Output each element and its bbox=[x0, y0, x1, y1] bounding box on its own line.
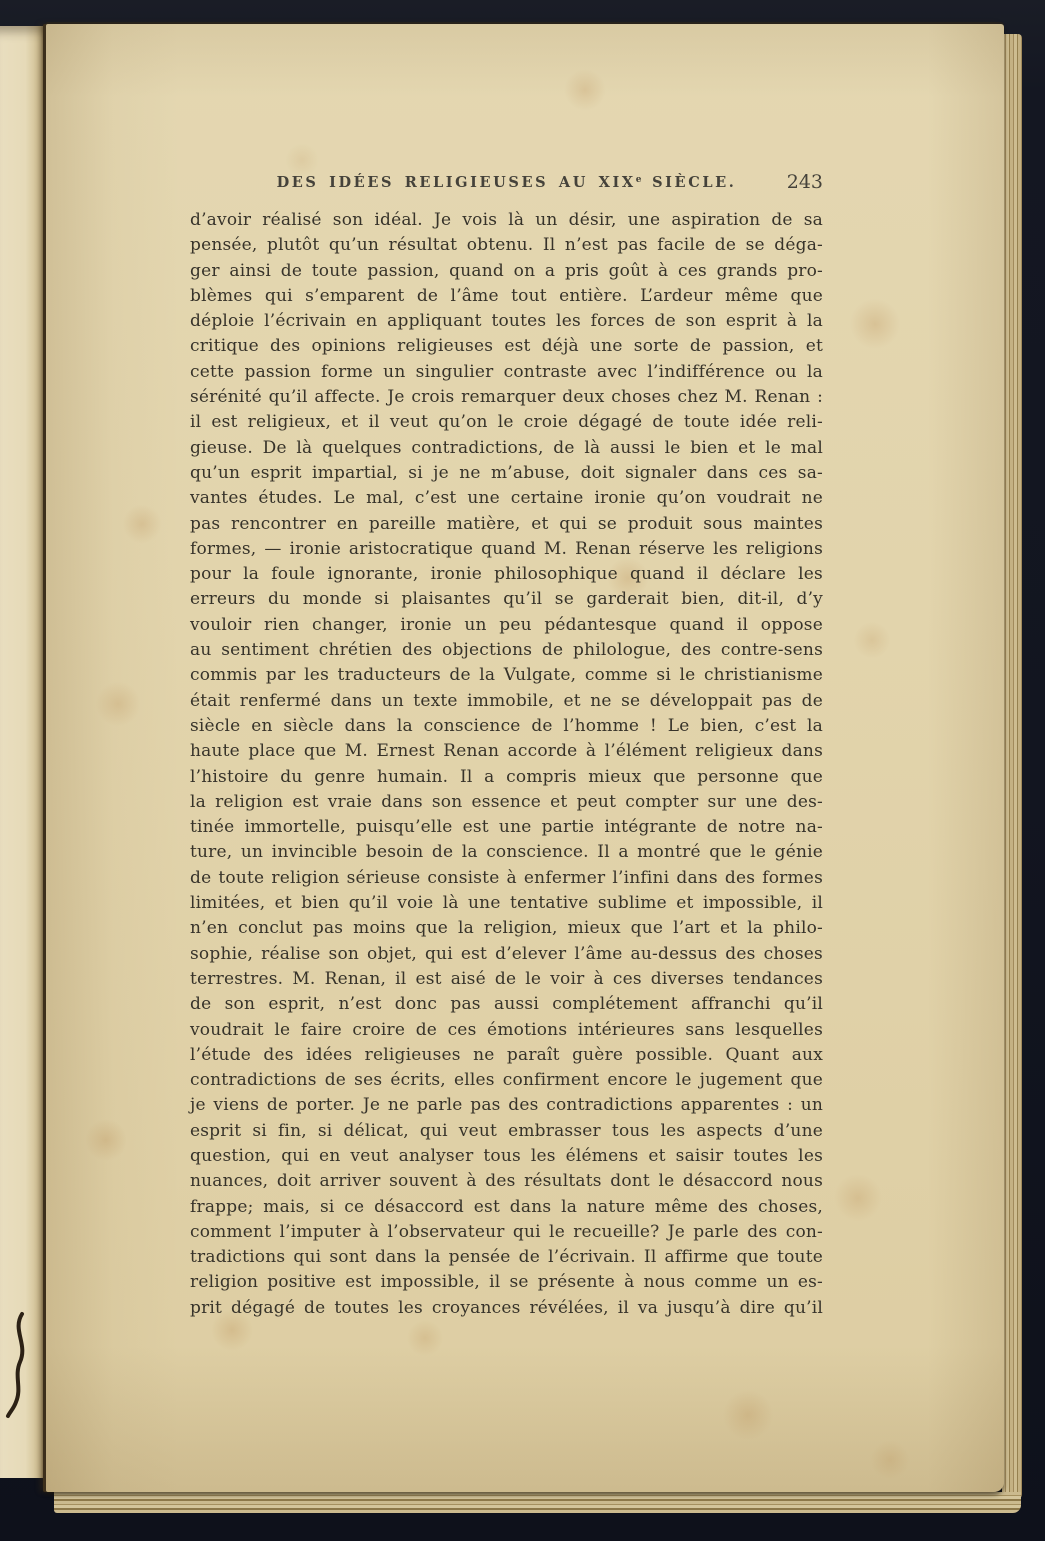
body-line: comment l’imputer à l’observateur qui le… bbox=[190, 1220, 823, 1245]
body-line: au sentiment chrétien des objections de … bbox=[190, 638, 823, 663]
body-line: religion positive est impossible, il se … bbox=[190, 1270, 823, 1295]
body-line: siècle en siècle dans la conscience de l… bbox=[190, 714, 823, 739]
body-text: d’avoir réalisé son idéal. Je vois là un… bbox=[190, 208, 823, 1321]
book-scan-photo: DES IDÉES RELIGIEUSES AU XIXe SIÈCLE. 24… bbox=[0, 0, 1045, 1541]
body-line: prit dégagé de toutes les croyances révé… bbox=[190, 1296, 823, 1321]
body-line: l’étude des idées religieuses ne paraît … bbox=[190, 1043, 823, 1068]
facing-page-edge bbox=[0, 26, 46, 1478]
body-line: voudrait le faire croire de ces émotions… bbox=[190, 1018, 823, 1043]
body-line: n’en conclut pas moins que la religion, … bbox=[190, 916, 823, 941]
body-line: déploie l’écrivain en appliquant toutes … bbox=[190, 309, 823, 334]
body-line: d’avoir réalisé son idéal. Je vois là un… bbox=[190, 208, 823, 233]
body-line: esprit si fin, si délicat, qui veut embr… bbox=[190, 1119, 823, 1144]
running-title-end: SIÈCLE. bbox=[641, 174, 736, 191]
running-title: DES IDÉES RELIGIEUSES AU XIXe SIÈCLE. bbox=[190, 174, 823, 191]
body-line: sérénité qu’il affecte. Je crois remarqu… bbox=[190, 385, 823, 410]
body-line: formes, — ironie aristocratique quand M.… bbox=[190, 537, 823, 562]
page-tear-mark bbox=[2, 1310, 38, 1420]
book-page: DES IDÉES RELIGIEUSES AU XIXe SIÈCLE. 24… bbox=[46, 24, 1004, 1492]
body-line: l’histoire du genre humain. Il a compris… bbox=[190, 765, 823, 790]
body-line: cette passion forme un singulier contras… bbox=[190, 360, 823, 385]
body-line: question, qui en veut analyser tous les … bbox=[190, 1144, 823, 1169]
body-line: était renfermé dans un texte immobile, e… bbox=[190, 689, 823, 714]
body-line: frappe; mais, si ce désaccord est dans l… bbox=[190, 1195, 823, 1220]
body-line: terrestres. M. Renan, il est aisé de le … bbox=[190, 967, 823, 992]
body-line: nuances, doit arriver souvent à des résu… bbox=[190, 1169, 823, 1194]
body-line: pensée, plutôt qu’un résultat obtenu. Il… bbox=[190, 233, 823, 258]
body-line: qu’un esprit impartial, si je ne m’abuse… bbox=[190, 461, 823, 486]
body-line: critique des opinions religieuses est dé… bbox=[190, 334, 823, 359]
body-line: contradictions de ses écrits, elles conf… bbox=[190, 1068, 823, 1093]
body-line: haute place que M. Ernest Renan accorde … bbox=[190, 739, 823, 764]
body-line: erreurs du monde si plaisantes qu’il se … bbox=[190, 587, 823, 612]
body-line: tinée immortelle, puisqu’elle est une pa… bbox=[190, 815, 823, 840]
body-line: vantes études. Le mal, c’est une certain… bbox=[190, 486, 823, 511]
body-line: de son esprit, n’est donc pas aussi comp… bbox=[190, 992, 823, 1017]
body-line: commis par les traducteurs de la Vulgate… bbox=[190, 663, 823, 688]
body-line: limitées, et bien qu’il voie là une tent… bbox=[190, 891, 823, 916]
body-line: vouloir rien changer, ironie un peu péda… bbox=[190, 613, 823, 638]
body-line: ger ainsi de toute passion, quand on a p… bbox=[190, 259, 823, 284]
right-page-edges bbox=[1002, 34, 1022, 1500]
body-line: tradictions qui sont dans la pensée de l… bbox=[190, 1245, 823, 1270]
body-line: blèmes qui s’emparent de l’âme tout enti… bbox=[190, 284, 823, 309]
body-line: gieuse. De là quelques contradictions, d… bbox=[190, 436, 823, 461]
body-line: il est religieux, et il veut qu’on le cr… bbox=[190, 410, 823, 435]
body-line: je viens de porter. Je ne parle pas des … bbox=[190, 1093, 823, 1118]
body-line: pas rencontrer en pareille matière, et q… bbox=[190, 512, 823, 537]
body-line: sophie, réalise son objet, qui est d’ele… bbox=[190, 942, 823, 967]
page-number: 243 bbox=[787, 171, 823, 193]
running-title-main: DES IDÉES RELIGIEUSES AU XIX bbox=[277, 174, 636, 191]
bottom-page-edges bbox=[54, 1492, 1021, 1513]
running-header: DES IDÉES RELIGIEUSES AU XIXe SIÈCLE. 24… bbox=[190, 174, 823, 200]
body-line: la religion est vraie dans son essence e… bbox=[190, 790, 823, 815]
body-line: pour la foule ignorante, ironie philosop… bbox=[190, 562, 823, 587]
body-line: ture, un invincible besoin de la conscie… bbox=[190, 840, 823, 865]
body-line: de toute religion sérieuse consiste à en… bbox=[190, 866, 823, 891]
